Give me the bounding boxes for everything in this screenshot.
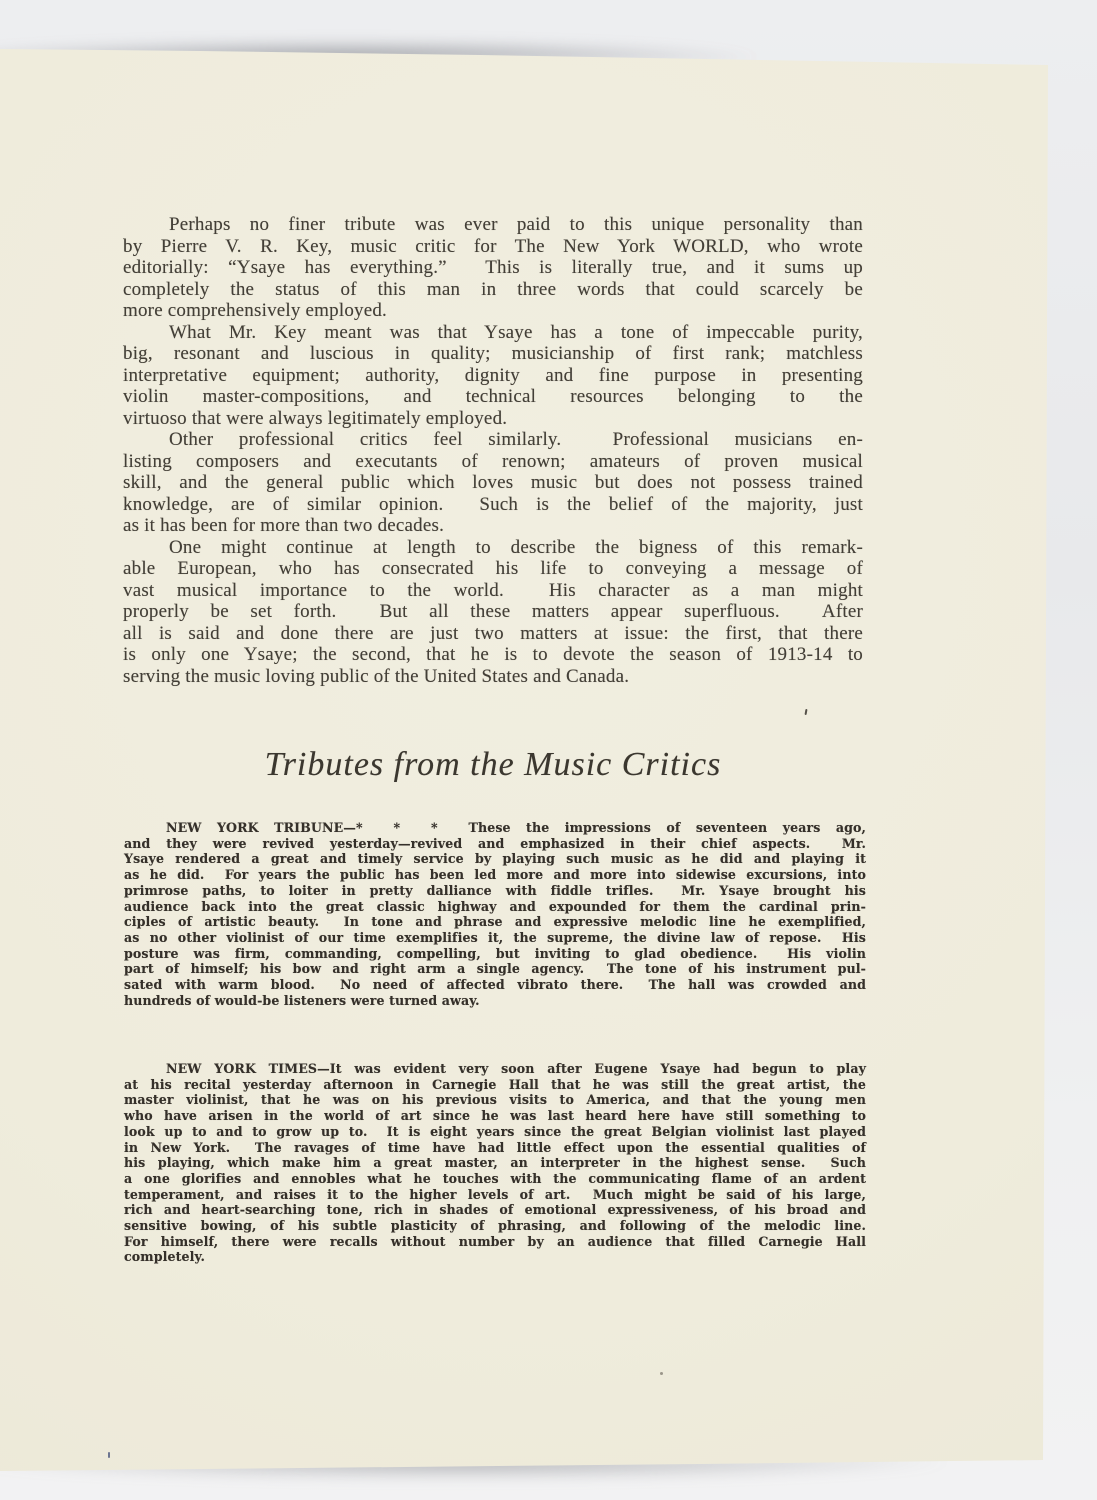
section-heading: Tributes from the Music Critics xyxy=(123,741,863,789)
scanned-page-scene: Perhaps no finer tribute was ever paid t… xyxy=(0,0,1097,1500)
intro-paragraph-4: One might continue at length to describe… xyxy=(123,537,863,688)
intro-section: Perhaps no finer tribute was ever paid t… xyxy=(123,214,863,687)
intro-paragraph-2: What Mr. Key meant was that Ysaye has a … xyxy=(123,322,863,430)
tribute-new-york-tribune: NEW YORK TRIBUNE—* * * These the impress… xyxy=(124,820,866,1008)
intro-paragraph-3: Other professional critics feel similarl… xyxy=(123,429,863,537)
ink-speck xyxy=(108,1452,110,1458)
intro-paragraph-1: Perhaps no finer tribute was ever paid t… xyxy=(123,214,863,322)
page-paper: Perhaps no finer tribute was ever paid t… xyxy=(0,0,1097,1500)
paper-speck xyxy=(660,1372,663,1375)
ink-speck xyxy=(804,709,807,715)
tribute-new-york-times: NEW YORK TIMES—It was evident very soon … xyxy=(124,1061,866,1265)
